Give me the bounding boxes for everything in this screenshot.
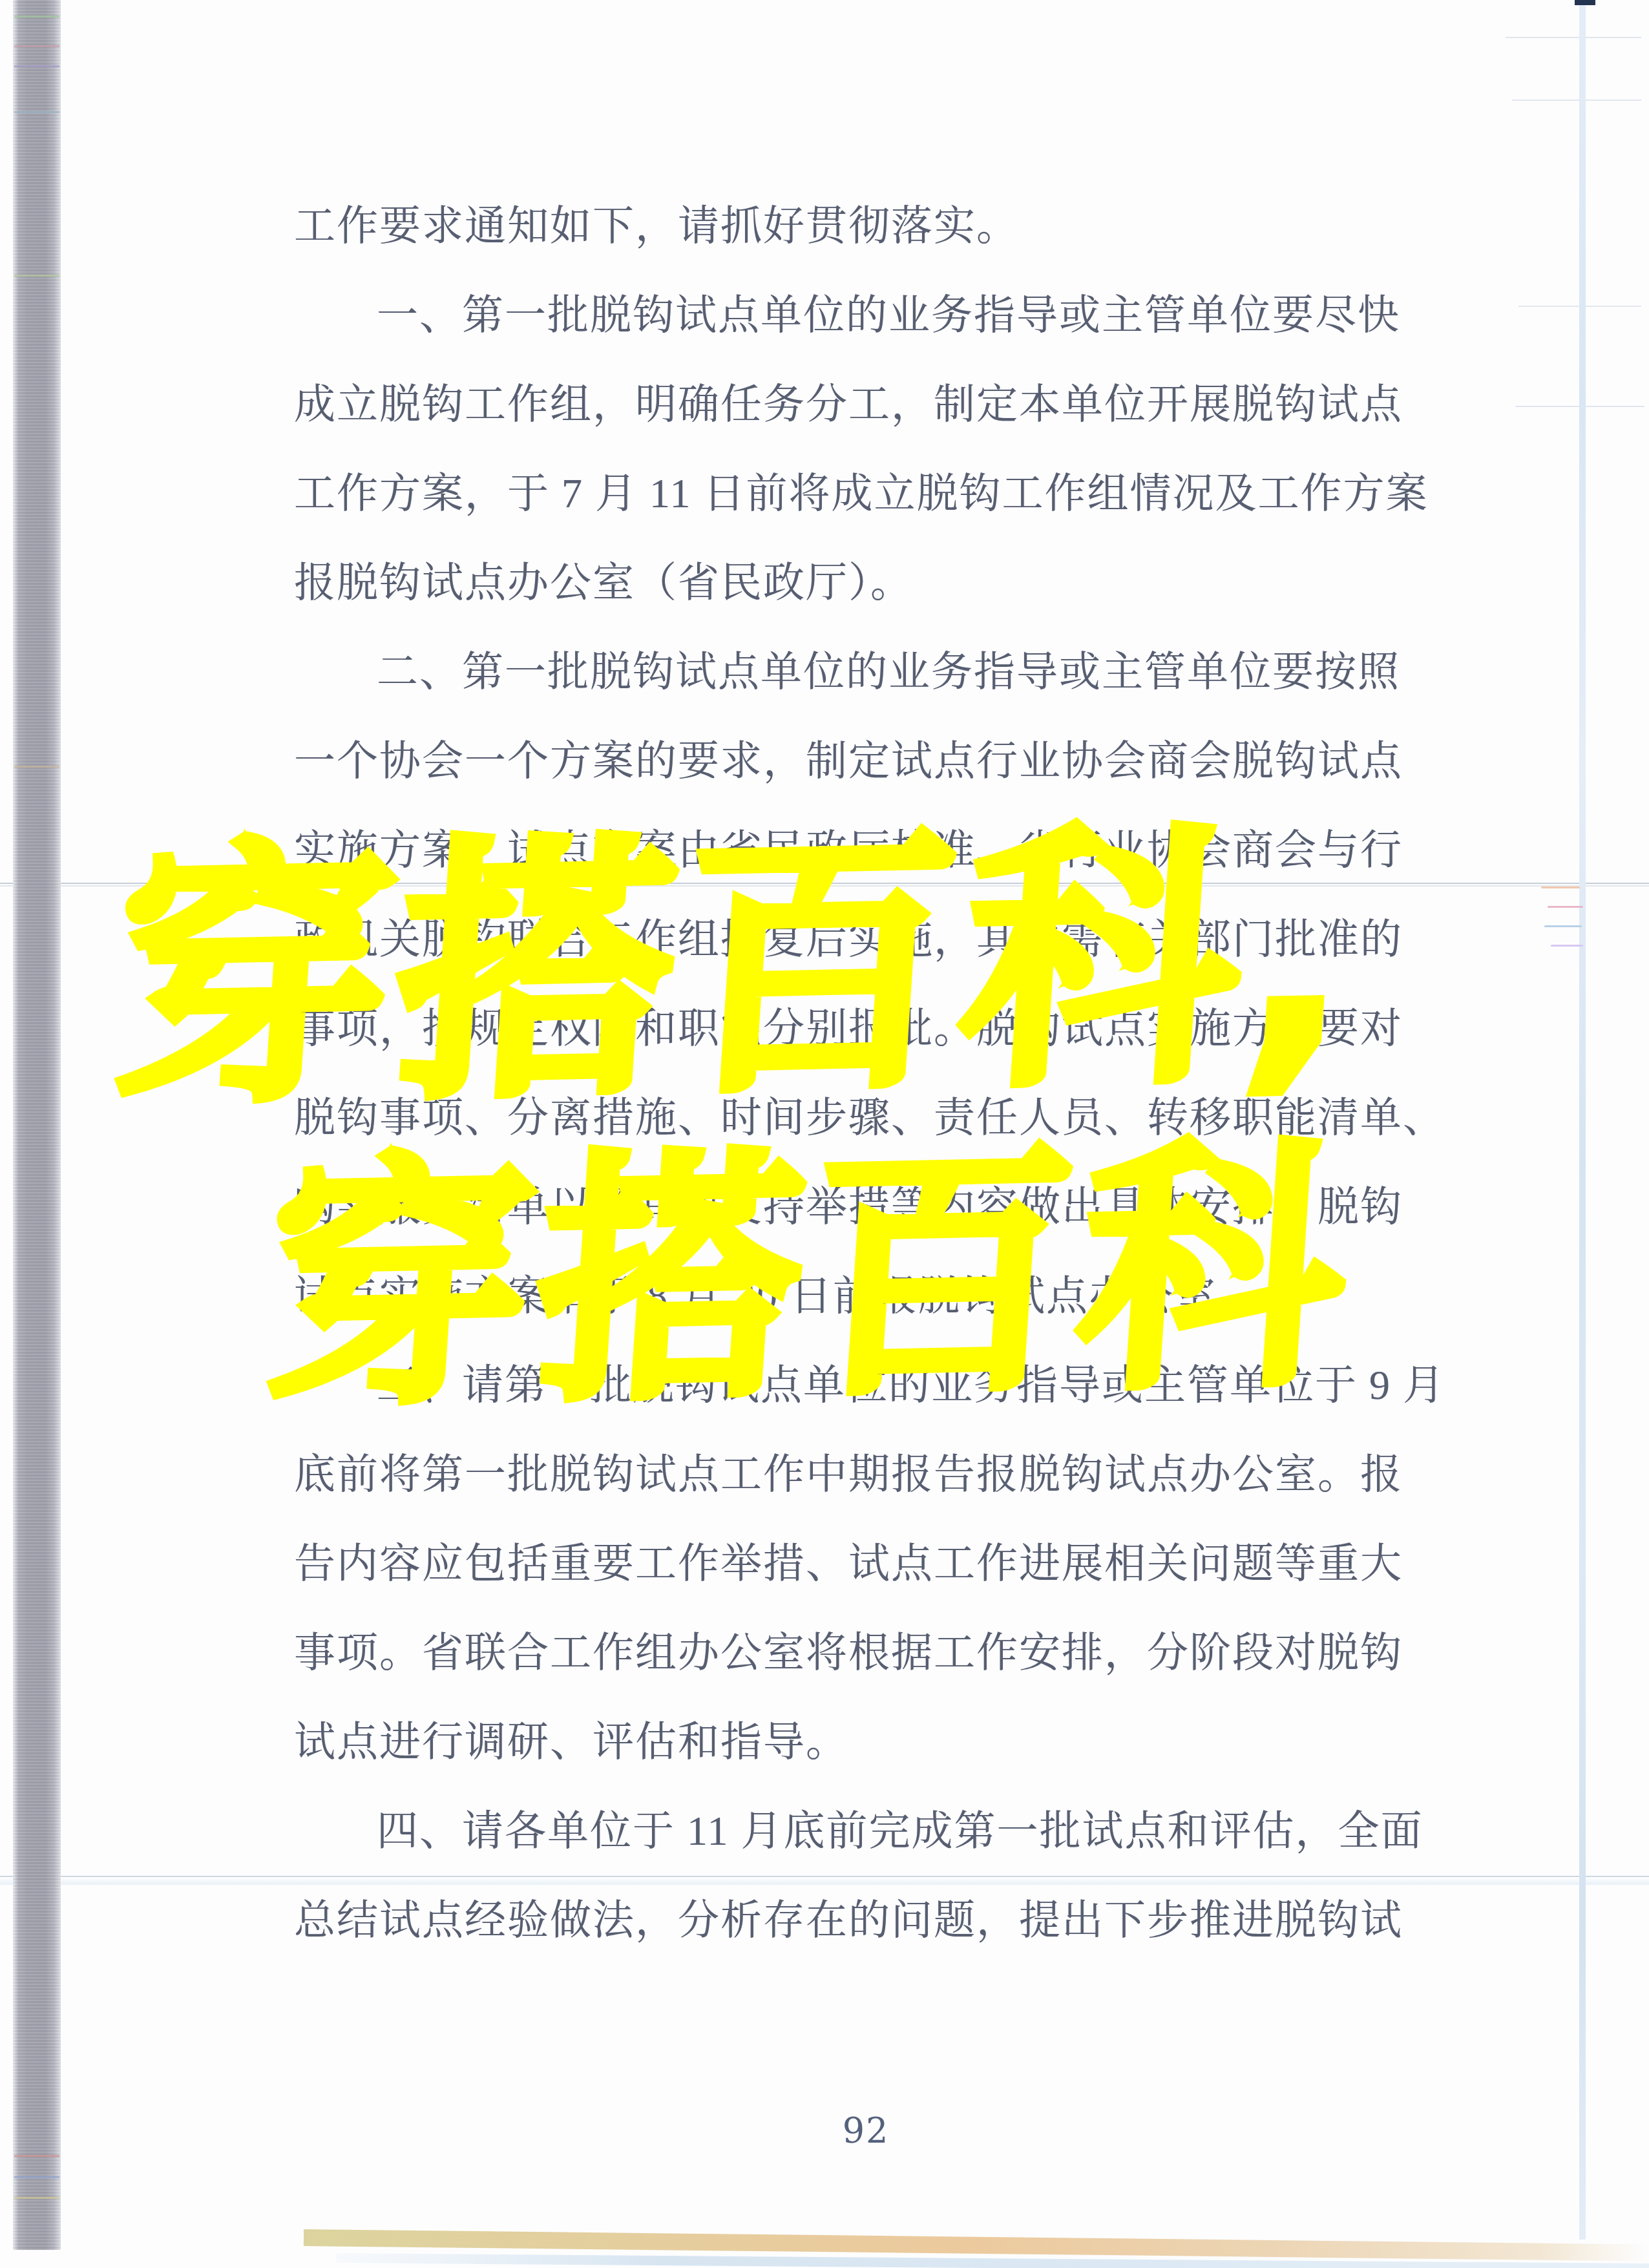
document-text-line: 总结试点经验做法，分析存在的问题，提出下步推进脱钩试 (294, 1876, 1451, 1965)
document-text-line: 一、第一批脱钩试点单位的业务指导或主管单位要尽快 (294, 271, 1451, 360)
document-text-line: 四、请各单位于 11 月底前完成第一批试点和评估，全面 (294, 1787, 1451, 1876)
left-scanner-edge-strip (13, 0, 61, 2250)
scan-noise-line (14, 45, 59, 47)
document-text-line: 报脱钩试点办公室（省民政厅）。 (294, 538, 1451, 627)
horizontal-scan-artifact-band (0, 1876, 1649, 1885)
watermark-text-row-2: 穿搭百科 (260, 1136, 1361, 1421)
scan-color-noise (1541, 887, 1580, 888)
scan-noise-line (14, 275, 59, 277)
scan-noise-line (14, 65, 59, 67)
document-text-line: 工作要求通知如下，请抓好贯彻落实。 (294, 182, 1451, 271)
scanned-document-page: 工作要求通知如下，请抓好贯彻落实。 一、第一批脱钩试点单位的业务指导或主管单位要… (0, 0, 1649, 2268)
scan-noise-line (14, 2155, 59, 2157)
document-text-line: 告内容应包括重要工作举措、试点工作进展相关问题等重大 (294, 1519, 1451, 1608)
scan-noise-line (14, 16, 59, 17)
scan-color-noise (1544, 925, 1582, 927)
scan-color-noise (1548, 906, 1583, 908)
scan-noise-line (14, 2197, 59, 2199)
document-text-line: 试点进行调研、评估和指导。 (294, 1697, 1451, 1787)
document-text-line: 底前将第一批脱钩试点工作中期报告报脱钩试点办公室。报 (294, 1430, 1451, 1519)
document-text-line: 工作方案，于 7 月 11 日前将成立脱钩工作组情况及工作方案 (294, 449, 1451, 538)
scan-noise-line (14, 766, 59, 768)
document-text-line: 成立脱钩工作组，明确任务分工，制定本单位开展脱钩试点 (294, 360, 1451, 449)
faint-scan-line (1506, 37, 1641, 38)
scan-noise-line (14, 2176, 59, 2178)
top-edge-mark (1575, 0, 1595, 5)
scan-noise-line (14, 111, 59, 113)
document-text-line: 二、第一批脱钩试点单位的业务指导或主管单位要按照 (294, 627, 1451, 717)
document-text-line: 事项。省联合工作组办公室将根据工作安排，分阶段对脱钩 (294, 1608, 1451, 1697)
faint-scan-line (1512, 100, 1641, 101)
document-text-line: 一个协会一个方案的要求，制定试点行业协会商会脱钩试点 (294, 717, 1451, 806)
right-scan-line (1579, 0, 1586, 2240)
scan-color-noise (1551, 945, 1583, 947)
page-number: 92 (827, 2110, 905, 2151)
watermark-text-row-1: 穿搭百科, (108, 819, 1367, 1120)
